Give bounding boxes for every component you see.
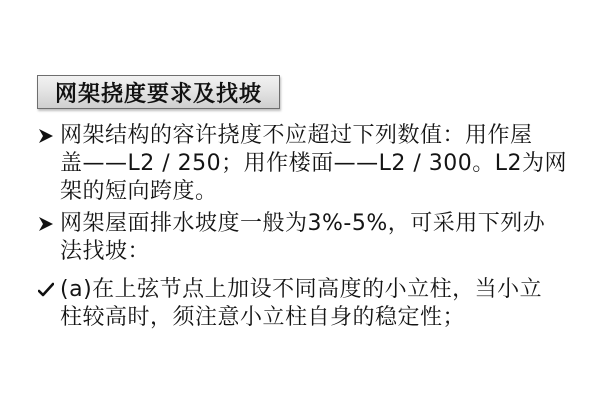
slide-title: 网架挠度要求及找坡 bbox=[55, 77, 262, 108]
bullet-line: (a)在上弦节点上加设不同高度的小立柱，当小立 bbox=[60, 276, 576, 304]
bullet-line: 柱较高时，须注意小立柱自身的稳定性； bbox=[60, 304, 576, 332]
checkmark-bullet-icon bbox=[36, 278, 56, 302]
bullet-line: 法找坡： bbox=[60, 238, 576, 266]
bullet-item-method-a: (a)在上弦节点上加设不同高度的小立柱，当小立 柱较高时，须注意小立柱自身的稳定… bbox=[36, 276, 576, 332]
bullet-list: 网架结构的容许挠度不应超过下列数值：用作屋 盖——L2 / 250；用作楼面——… bbox=[36, 122, 576, 338]
bullet-item-deflection: 网架结构的容许挠度不应超过下列数值：用作屋 盖——L2 / 250；用作楼面——… bbox=[36, 122, 576, 206]
arrowhead-bullet-icon bbox=[36, 212, 56, 236]
arrowhead-bullet-icon bbox=[36, 124, 56, 148]
bullet-line: 盖——L2 / 250；用作楼面——L2 / 300。L2为网 bbox=[60, 150, 576, 178]
slide: 网架挠度要求及找坡 网架结构的容许挠度不应超过下列数值：用作屋 盖——L2 / … bbox=[0, 0, 600, 400]
title-box: 网架挠度要求及找坡 bbox=[37, 75, 280, 109]
bullet-item-slope: 网架屋面排水坡度一般为3%-5%，可采用下列办 法找坡： bbox=[36, 210, 576, 266]
bullet-line: 架的短向跨度。 bbox=[60, 178, 576, 206]
bullet-line: 网架结构的容许挠度不应超过下列数值：用作屋 bbox=[60, 122, 576, 150]
bullet-line: 网架屋面排水坡度一般为3%-5%，可采用下列办 bbox=[60, 210, 576, 238]
